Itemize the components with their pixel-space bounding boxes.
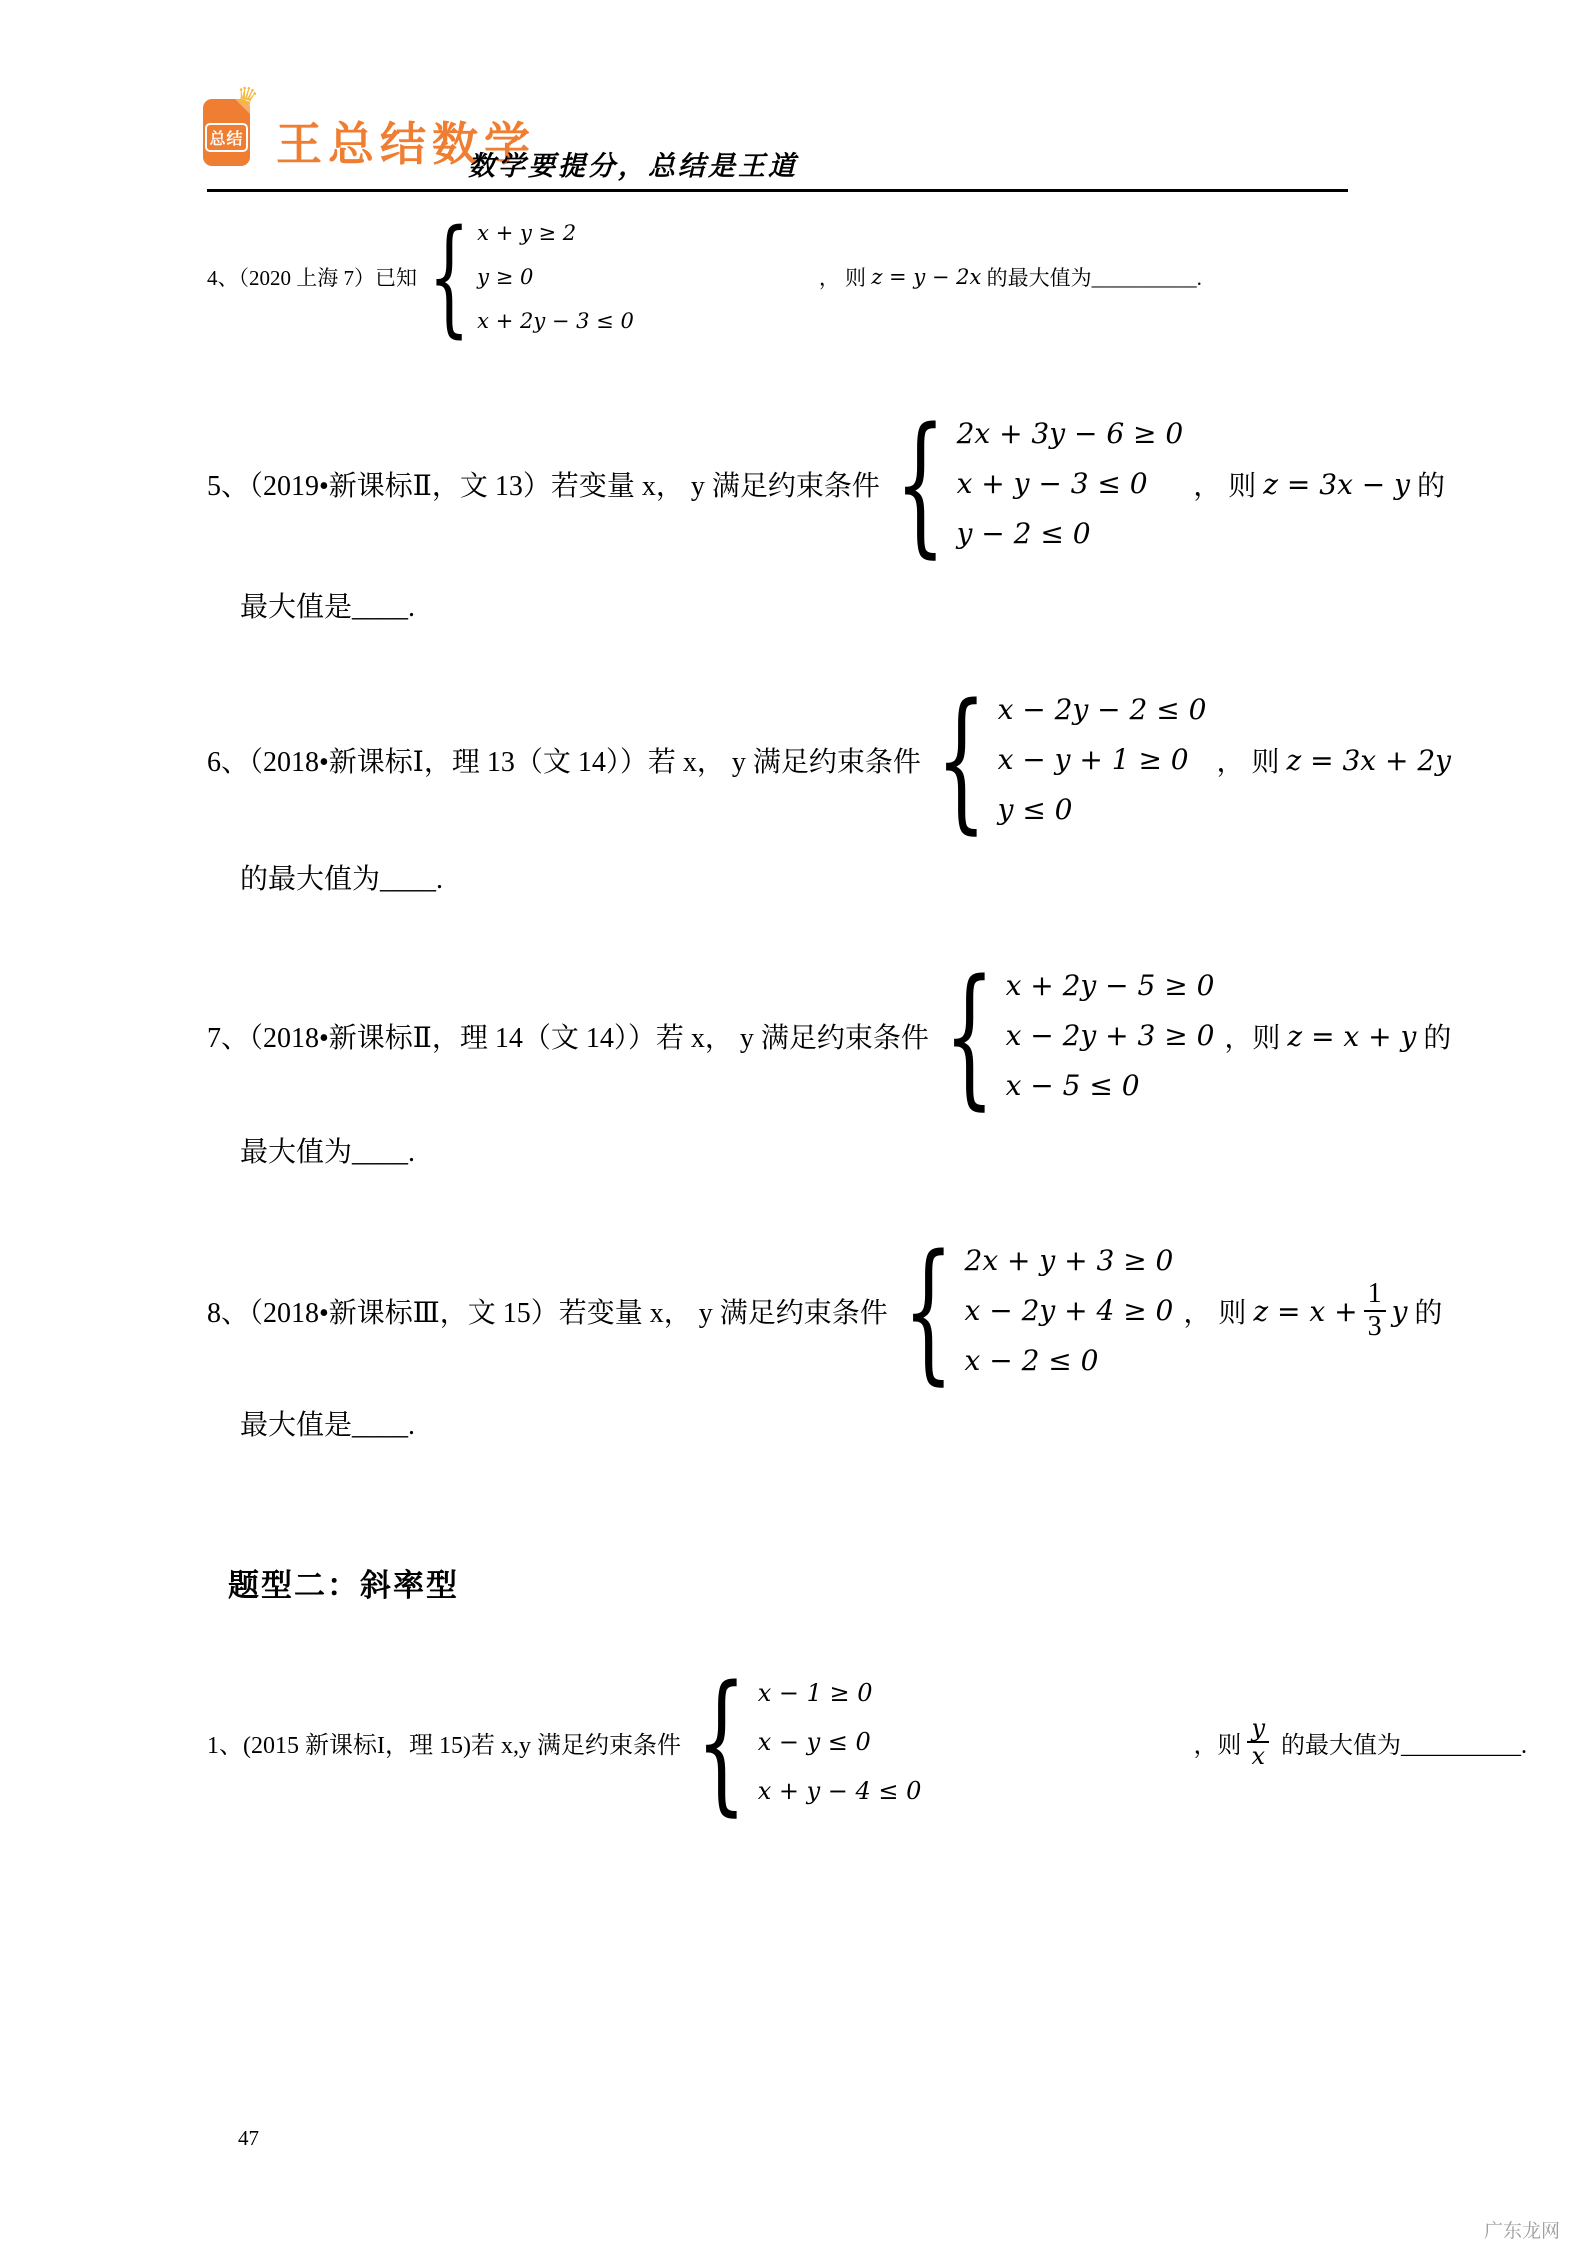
header-divider <box>207 189 1348 192</box>
constraint-line: x − 1 ≥ 0 <box>758 1669 873 1718</box>
left-brace: { <box>428 214 470 340</box>
constraint-line: 2x + y + 3 ≥ 0 <box>965 1236 1174 1286</box>
objective-function-post: y <box>1392 1295 1408 1328</box>
section-title: 题型二：斜率型 <box>228 1560 459 1605</box>
logo-badge-text: 总结 <box>205 123 247 152</box>
problem-8-question: ， 则 z = x +13y 的 <box>1183 1279 1442 1343</box>
problem-8-lead: 8、（2018•新课标Ⅲ，文 15）若变量 x， y 满足约束条件 <box>207 1291 888 1331</box>
constraint-system: { x + y ≥ 2 y ≥ 0 x + 2y − 3 ≤ 0 <box>429 211 634 343</box>
problem-4-lead: 4、（2020 上海 7）已知 <box>207 262 417 292</box>
constraint-line: x − 2y + 4 ≥ 0 <box>965 1286 1174 1336</box>
left-brace: { <box>936 684 986 836</box>
objective-function: z = y − 2x <box>871 265 981 289</box>
left-brace: { <box>903 1235 953 1387</box>
constraint-line: x + y − 4 ≤ 0 <box>758 1767 922 1816</box>
constraint-line: x − 5 ≤ 0 <box>1006 1061 1140 1111</box>
problem-7-question: ，则 z = x + y 的 <box>1224 1016 1451 1056</box>
page-number: 47 <box>238 2126 259 2151</box>
problem-6-lead: 6、（2018•新课标Ⅰ，理 13（文 14））若 x， y 满足约束条件 <box>207 740 921 780</box>
problem-5-continuation: 最大值是____. <box>240 585 415 625</box>
objective-function: z = 3x − y <box>1263 468 1410 501</box>
constraint-line: y − 2 ≤ 0 <box>957 509 1091 559</box>
constraint-line: x + y − 3 ≤ 0 <box>957 459 1148 509</box>
worksheet-page: { "header": { "logo_badge": "总结", "crown… <box>0 0 1587 2245</box>
constraint-system: { 2x + 3y − 6 ≥ 0 x + y − 3 ≤ 0 y − 2 ≤ … <box>892 408 1183 560</box>
problem-5: 5、（2019•新课标Ⅱ，文 13）若变量 x， y 满足约束条件 { 2x +… <box>207 410 1445 558</box>
constraint-system: { x − 2y − 2 ≤ 0 x − y + 1 ≥ 0 y ≤ 0 <box>933 684 1207 836</box>
constraint-line: y ≤ 0 <box>998 785 1073 835</box>
problem-6-question: ， 则 z = 3x + 2y <box>1216 740 1451 780</box>
constraint-line: x − 2y + 3 ≥ 0 <box>1006 1011 1215 1061</box>
brand-tagline: 数学要提分，总结是王道 <box>468 144 798 183</box>
left-brace: { <box>895 408 945 560</box>
constraint-system: { 2x + y + 3 ≥ 0 x − 2y + 4 ≥ 0 x − 2 ≤ … <box>900 1235 1174 1387</box>
problem-7-continuation: 最大值为____. <box>240 1130 415 1170</box>
problem-6-continuation: 的最大值为____. <box>240 857 443 897</box>
fraction-one-third: 13 <box>1364 1279 1386 1343</box>
fraction-y-over-x: yx <box>1247 1715 1269 1770</box>
constraint-line: 2x + 3y − 6 ≥ 0 <box>957 409 1184 459</box>
objective-function: z = 3x + 2y <box>1286 744 1451 777</box>
problem-8-continuation: 最大值是____. <box>240 1403 415 1443</box>
objective-function: z = x + y <box>1287 1020 1416 1053</box>
constraint-line: x + 2y − 3 ≤ 0 <box>477 299 634 343</box>
problem-4-question: ， 则 z = y − 2x 的最大值为__________. <box>819 262 1202 292</box>
constraint-line: y ≥ 0 <box>477 255 533 299</box>
problem-4: 4、（2020 上海 7）已知 { x + y ≥ 2 y ≥ 0 x + 2y… <box>207 215 1202 339</box>
left-brace: { <box>944 960 994 1112</box>
problem-5-lead: 5、（2019•新课标Ⅱ，文 13）若变量 x， y 满足约束条件 <box>207 464 880 504</box>
answer-blank: 的最大值为__________. <box>1275 1725 1527 1760</box>
left-brace: { <box>696 1666 746 1818</box>
section2-problem-1-question: ，则yx 的最大值为__________. <box>1193 1715 1527 1770</box>
brand-logo-icon: ♛ 总结 <box>203 99 250 166</box>
objective-function-pre: z = x + <box>1253 1295 1357 1328</box>
constraint-system: { x − 1 ≥ 0 x − y ≤ 0 x + y − 4 ≤ 0 <box>693 1666 921 1818</box>
problem-6: 6、（2018•新课标Ⅰ，理 13（文 14））若 x， y 满足约束条件 { … <box>207 688 1451 832</box>
constraint-line: x − y ≤ 0 <box>758 1718 871 1767</box>
section2-problem-1-lead: 1、(2015 新课标I，理 15)若 x,y 满足约束条件 <box>207 1725 681 1760</box>
problem-5-question: ， 则 z = 3x − y 的 <box>1193 464 1445 504</box>
constraint-system: { x + 2y − 5 ≥ 0 x − 2y + 3 ≥ 0 x − 5 ≤ … <box>941 960 1215 1112</box>
problem-7-lead: 7、（2018•新课标Ⅱ，理 14（文 14））若 x， y 满足约束条件 <box>207 1016 929 1056</box>
problem-8: 8、（2018•新课标Ⅲ，文 15）若变量 x， y 满足约束条件 { 2x +… <box>207 1237 1442 1385</box>
crown-icon: ♛ <box>232 82 260 112</box>
section2-problem-1: 1、(2015 新课标I，理 15)若 x,y 满足约束条件 { x − 1 ≥… <box>207 1668 1527 1816</box>
problem-7: 7、（2018•新课标Ⅱ，理 14（文 14））若 x， y 满足约束条件 { … <box>207 963 1451 1109</box>
watermark: 广东龙网 <box>1484 2216 1560 2243</box>
constraint-line: x − 2 ≤ 0 <box>965 1336 1099 1386</box>
answer-blank: 的最大值为__________. <box>981 262 1202 292</box>
constraint-line: x − 2y − 2 ≤ 0 <box>998 685 1207 735</box>
constraint-line: x + 2y − 5 ≥ 0 <box>1006 961 1215 1011</box>
constraint-line: x + y ≥ 2 <box>477 211 576 255</box>
constraint-line: x − y + 1 ≥ 0 <box>998 735 1189 785</box>
